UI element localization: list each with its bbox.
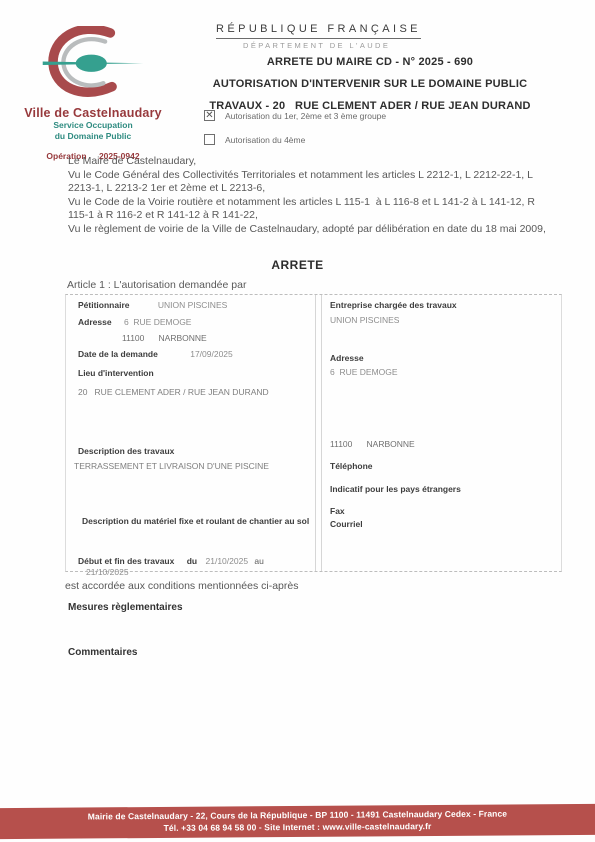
arrete-number-title: ARRETE DU MAIRE CD - N° 2025 - 690	[170, 51, 570, 73]
service-line-1: Service Occupation	[18, 120, 168, 131]
field-cp-ville: 11100 NARBONNE	[78, 333, 311, 344]
city-logo-block: Ville de Castelnaudary Service Occupatio…	[18, 26, 168, 161]
debut-fin-label: Début et fin des travaux	[78, 556, 174, 566]
fax-label: Fax	[330, 506, 345, 516]
form-column-petitionnaire: Pétitionnaire UNION PISCINES Adresse 6 R…	[66, 295, 316, 571]
lieu-intervention-value-row: 20 RUE CLEMENT ADER / RUE JEAN DURAND	[78, 387, 311, 398]
authorization-form-table: Pétitionnaire UNION PISCINES Adresse 6 R…	[65, 294, 562, 572]
mesures-reglementaires-heading: Mesures règlementaires	[68, 602, 183, 613]
entreprise-adresse-value: 6 RUE DEMOGE	[330, 367, 398, 377]
petitionnaire-value: UNION PISCINES	[158, 300, 227, 310]
lieu-intervention-label: Lieu d'intervention	[78, 368, 154, 378]
service-line-2: du Domaine Public	[18, 131, 168, 142]
entreprise-cp-ville-value: 11100 NARBONNE	[330, 439, 415, 449]
arrete-heading: ARRETE	[0, 258, 595, 272]
telephone-label: Téléphone	[330, 461, 373, 471]
field-description-travaux: Description des travaux	[78, 446, 311, 457]
field-courriel: Courriel	[330, 519, 559, 530]
entreprise-cp-ville-row: 11100 NARBONNE	[330, 439, 559, 450]
field-adresse: Adresse 6 RUE DEMOGE	[78, 317, 311, 328]
field-fax: Fax	[330, 506, 559, 517]
city-name: Ville de Castelnaudary	[18, 106, 168, 120]
checkbox-group4-unchecked	[204, 134, 215, 145]
description-travaux-value-row: TERRASSEMENT ET LIVRAISON D'UNE PISCINE	[74, 461, 311, 472]
document-titles: ARRETE DU MAIRE CD - N° 2025 - 690 AUTOR…	[170, 51, 570, 117]
cp-ville-value: 11100 NARBONNE	[122, 333, 207, 343]
autorisation-title: AUTORISATION D'INTERVENIR SUR LE DOMAINE…	[170, 73, 570, 95]
entreprise-adresse-value-row: 6 RUE DEMOGE	[330, 367, 559, 378]
field-petitionnaire: Pétitionnaire UNION PISCINES	[78, 300, 311, 311]
indicatif-label: Indicatif pour les pays étrangers	[330, 484, 461, 494]
preamble-line-maire: Le Maire de Castelnaudary,	[68, 155, 546, 169]
form-column-entreprise: Entreprise chargée des travaux UNION PIS…	[321, 295, 563, 571]
accordee-conditions-line: est accordée aux conditions mentionnées …	[65, 580, 298, 592]
footer-address-band: Mairie de Castelnaudary - 22, Cours de l…	[0, 804, 595, 839]
preamble-vu-cgct: Vu le Code Général des Collectivités Ter…	[68, 169, 546, 196]
au-label: au	[254, 556, 263, 566]
description-travaux-value: TERRASSEMENT ET LIVRAISON D'UNE PISCINE	[74, 461, 269, 471]
petitionnaire-label: Pétitionnaire	[78, 300, 129, 310]
preamble-vu-reglement: Vu le règlement de voirie de la Ville de…	[68, 223, 546, 237]
republique-francaise-title: RÉPUBLIQUE FRANÇAISE	[216, 23, 421, 39]
field-entreprise-adresse: Adresse	[330, 353, 559, 364]
date-demande-label: Date de la demande	[78, 349, 158, 359]
castelnaudary-logo-icon	[38, 26, 148, 104]
departement-subtitle: DÉPARTEMENT DE L'AUDE	[243, 41, 390, 50]
checkbox-group123-checked: ✕	[204, 110, 215, 121]
au-date-value: 21/10/2025	[86, 567, 129, 577]
entreprise-adresse-label: Adresse	[330, 353, 364, 363]
article-1-line: Article 1 : L'autorisation demandée par	[67, 279, 246, 291]
preamble-paragraphs: Le Maire de Castelnaudary, Vu le Code Gé…	[68, 155, 546, 236]
checkbox-group123-label: Autorisation du 1er, 2ème et 3 ème group…	[225, 111, 386, 121]
field-lieu-intervention: Lieu d'intervention	[78, 368, 311, 379]
entreprise-value: UNION PISCINES	[330, 315, 399, 325]
date-demande-value: 17/09/2025	[190, 349, 233, 359]
description-materiel-label: Description du matériel fixe et roulant …	[82, 516, 309, 526]
field-entreprise: Entreprise chargée des travaux	[330, 300, 559, 311]
field-date-demande: Date de la demande 17/09/2025	[78, 349, 311, 360]
adresse-label: Adresse	[78, 317, 112, 327]
description-travaux-label: Description des travaux	[78, 446, 174, 456]
field-telephone: Téléphone	[330, 461, 559, 472]
field-indicatif: Indicatif pour les pays étrangers	[330, 484, 559, 495]
courriel-label: Courriel	[330, 519, 363, 529]
du-label: du	[187, 556, 197, 566]
du-date-value: 21/10/2025	[206, 556, 249, 566]
checkbox-row-group123: ✕ Autorisation du 1er, 2ème et 3 ème gro…	[204, 110, 386, 121]
checkbox-group4-label: Autorisation du 4ème	[225, 135, 305, 145]
checkbox-row-group4: Autorisation du 4ème	[204, 134, 305, 145]
preamble-vu-voirie: Vu le Code de la Voirie routière et nota…	[68, 196, 546, 223]
scanned-arrete-document: Ville de Castelnaudary Service Occupatio…	[0, 0, 595, 842]
commentaires-heading: Commentaires	[68, 647, 137, 658]
entreprise-label: Entreprise chargée des travaux	[330, 300, 457, 310]
field-debut-fin-travaux: Début et fin des travaux du 21/10/2025 a…	[78, 556, 311, 578]
adresse-value: 6 RUE DEMOGE	[124, 317, 192, 327]
entreprise-value-row: UNION PISCINES	[330, 315, 559, 326]
field-description-materiel: Description du matériel fixe et roulant …	[82, 516, 311, 527]
lieu-intervention-value: 20 RUE CLEMENT ADER / RUE JEAN DURAND	[78, 387, 269, 397]
